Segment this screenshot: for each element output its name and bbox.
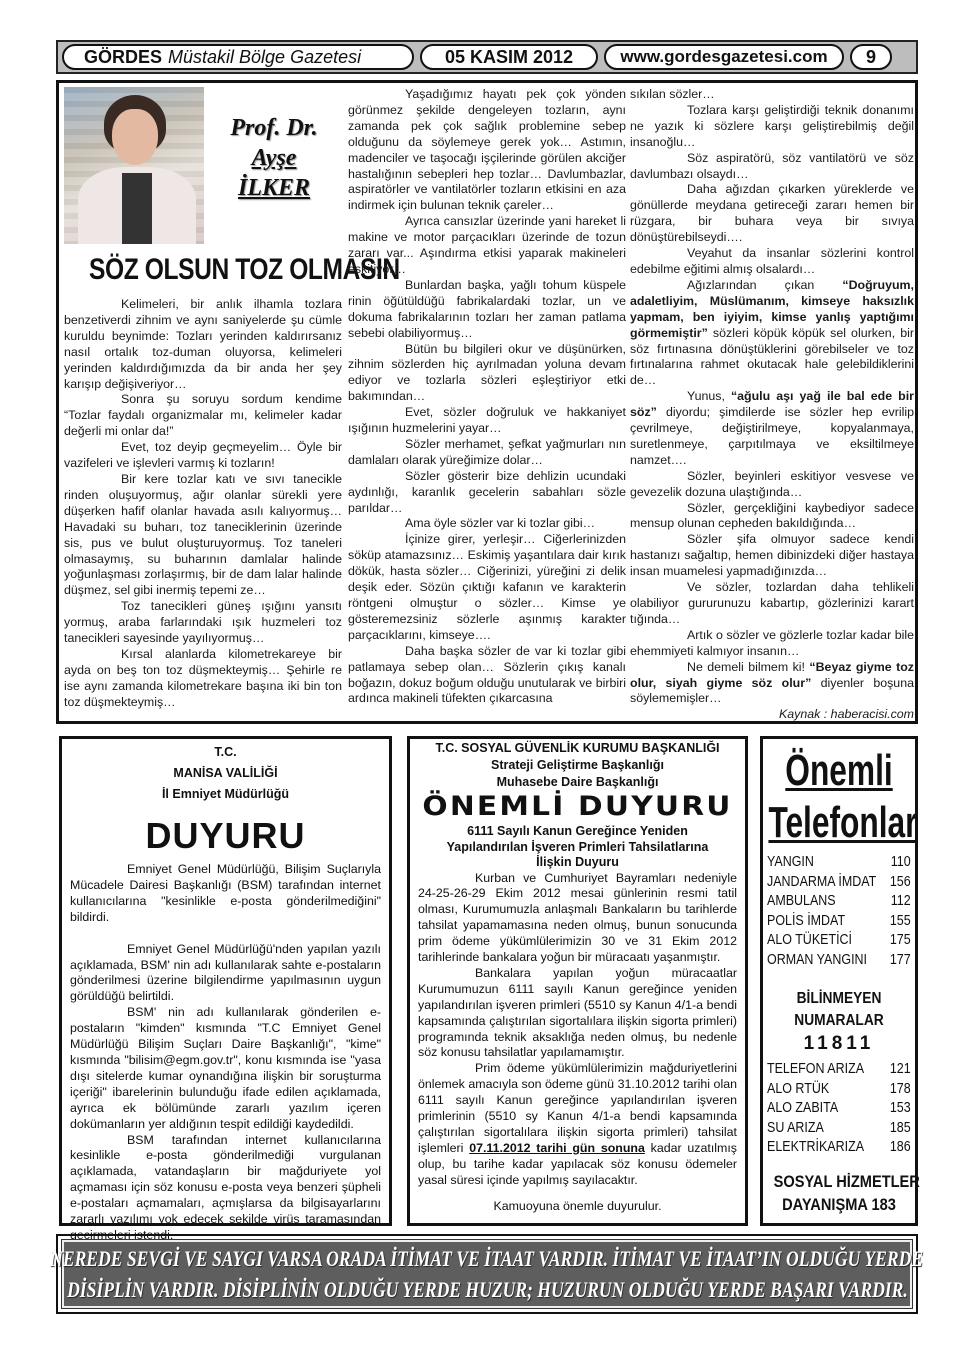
paragraph: Toz tanecikleri güneş ışığını yansıtı yo…	[64, 599, 342, 647]
phone-row: SU ARIZA185	[767, 1119, 911, 1139]
phone-number: 156	[890, 873, 911, 893]
phones-title-1: Önemli	[784, 745, 893, 797]
paragraph: Daha başka sözler de var ki tozlar gibi …	[348, 644, 626, 708]
notice-title: DUYURU	[62, 814, 389, 858]
paragraph: sıkılan sözler…	[630, 87, 914, 103]
phone-row: ALO ZABITA153	[767, 1099, 911, 1119]
notice-title: ÖNEMLİ DUYURU	[393, 792, 762, 822]
paragraph: Sözler merhamet, şefkat yağmurları nın d…	[348, 437, 626, 469]
motto-line-1: NEREDE SEVGİ VE SAYGI VARSA ORADA İTİMAT…	[51, 1243, 924, 1274]
paragraph: Söz aspiratörü, söz vantilatörü ve söz d…	[630, 151, 914, 183]
paragraph: Ama öyle sözler var ki tozlar gibi…	[348, 516, 626, 532]
unknown-numbers-label-1: BİLİNMEYEN	[774, 988, 905, 1010]
notice-header-tc: T.C.	[62, 744, 389, 760]
phone-number: 186	[890, 1138, 911, 1158]
website-link[interactable]: www.gordesgazetesi.com	[604, 44, 844, 70]
phone-row: ELEKTRİKARIZA186	[767, 1138, 911, 1158]
social-services-label: SOSYAL HİZMETLER	[774, 1170, 905, 1193]
notice-body: Kurban ve Cumhuriyet Bayramları nedeniyl…	[410, 871, 745, 1215]
author-last-name: İLKER	[209, 173, 339, 203]
author-title: Prof. Dr.	[230, 115, 317, 141]
article-column-1: Kelimeleri, bir anlık ilhamla tozlara be…	[64, 297, 342, 711]
phone-row: ORMAN YANGINI177	[767, 951, 911, 971]
paragraph: Sözler, beyinleri eskitiyor vesvese ve g…	[630, 469, 914, 501]
notice-header-department: Strateji Geliştirme Başkanlığı	[410, 757, 745, 773]
paragraph: Sonra şu soruyu sordum kendime “Tozlar f…	[64, 392, 342, 440]
text: Ağızlarından çıkan	[687, 278, 842, 292]
motto-line-2: DİSİPLİN VARDIR. DİSİPLİNİN OLDUĞU YERDE…	[67, 1274, 908, 1305]
paragraph: Ayrıca cansızlar üzerinde yani hareket l…	[348, 214, 626, 278]
paragraph: Daha ağızdan çıkarken yüreklerde ve gönü…	[630, 182, 914, 246]
phone-label: POLİS İMDAT	[767, 912, 845, 932]
paragraph: Kırsal alanlarda kilometrekareye bir ayd…	[64, 647, 342, 711]
phone-number: 121	[890, 1060, 911, 1080]
phone-label: ALO ZABITA	[767, 1099, 838, 1119]
paragraph: Bir kere tozlar katı ve sıvı tanecikle r…	[64, 472, 342, 599]
phone-number: 175	[890, 931, 911, 951]
article-column-3: sıkılan sözler… Tozlara karşı geliştirdi…	[630, 87, 914, 723]
text: Yunus,	[687, 389, 731, 403]
paragraph: Ne demeli bilmem ki! “Beyaz giyme toz ol…	[630, 660, 914, 708]
phone-number: 110	[891, 853, 911, 873]
author-first-name: Ayşe	[209, 143, 339, 173]
important-phones-box: Önemli Telefonlar YANGIN110 JANDARMA İMD…	[760, 736, 918, 1226]
phone-number: 112	[891, 892, 911, 912]
author-byline: Prof. Dr. Ayşe İLKER	[209, 113, 339, 203]
phone-label: AMBULANS	[767, 892, 836, 912]
phone-label: TELEFON ARIZA	[767, 1060, 864, 1080]
paragraph: Bütün bu bilgileri okur ve düşünürken, z…	[348, 342, 626, 406]
sgk-notice-box: T.C. SOSYAL GÜVENLİK KURUMU BAŞKANLIĞI S…	[407, 736, 748, 1226]
police-notice-box: T.C. MANİSA VALİLİĞİ İl Emniyet Müdürlüğ…	[59, 736, 392, 1226]
notice-subtitle-1: 6111 Sayılı Kanun Gereğince Yeniden	[410, 824, 745, 840]
paragraph: İçinize girer, yerleşir… Ciğerlerinizden…	[348, 532, 626, 643]
deadline-date: 07.11.2012 tarihi gün sonuna	[469, 1141, 645, 1155]
paragraph: Kelimeleri, bir anlık ilhamla tozlara be…	[64, 297, 342, 392]
notice-subtitle-2: Yapılandırılan İşveren Primleri Tahsilat…	[410, 840, 745, 856]
paragraph: Yaşadığımız hayatı pek çok yönden görünm…	[348, 87, 626, 214]
notice-subtitle-3: İlişkin Duyuru	[410, 855, 745, 871]
paragraph: Yunus, “ağulu aşı yağ ile bal ede bir sö…	[630, 389, 914, 469]
phone-label: JANDARMA İMDAT	[767, 873, 876, 893]
phone-row: JANDARMA İMDAT156	[767, 873, 911, 893]
motto-banner: NEREDE SEVGİ VE SAYGI VARSA ORADA İTİMAT…	[56, 1234, 918, 1314]
unknown-numbers-label-2: NUMARALAR	[774, 1010, 905, 1032]
paragraph: BSM tarafından internet kullanıcılarına …	[70, 1133, 381, 1244]
phone-row: ALO RTÜK178	[767, 1080, 911, 1100]
paragraph: Ağızlarından çıkan “Doğruyum, adaletliyi…	[630, 278, 914, 389]
article-source: Kaynak : haberacisi.com	[630, 707, 914, 723]
phone-label: ELEKTRİKARIZA	[767, 1138, 864, 1158]
phone-number: 153	[890, 1099, 911, 1119]
column-article: Prof. Dr. Ayşe İLKER SÖZ OLSUN TOZ OLMAS…	[56, 80, 918, 724]
phone-number: 178	[890, 1080, 911, 1100]
motto-panel: NEREDE SEVGİ VE SAYGI VARSA ORADA İTİMAT…	[62, 1240, 912, 1308]
phone-row: TELEFON ARIZA121	[767, 1060, 911, 1080]
paragraph: Ve sözler, tozlardan daha tehlikeli olab…	[630, 580, 914, 628]
newspaper-header: GÖRDES Müstakil Bölge Gazetesi 05 KASIM …	[56, 40, 918, 74]
phone-label: ALO TÜKETİCİ	[767, 931, 852, 951]
paragraph: Bankalara yapılan yoğun müracaatlar Kuru…	[418, 966, 737, 1061]
phone-label: SU ARIZA	[767, 1119, 824, 1139]
paragraph: Evet, sözler doğruluk ve hakkaniyet ışığ…	[348, 405, 626, 437]
newspaper-subtitle: Müstakil Bölge Gazetesi	[168, 47, 361, 68]
newspaper-title: GÖRDES Müstakil Bölge Gazetesi	[62, 44, 414, 70]
phone-row: ALO TÜKETİCİ175	[767, 931, 911, 951]
notice-header-division: Muhasebe Daire Başkanlığı	[410, 774, 745, 790]
text: Ne demeli bilmem ki!	[687, 660, 809, 674]
paragraph: Prim ödeme yükümlülerimizin mağduriyetle…	[418, 1061, 737, 1188]
paragraph: Tozlara karşı geliştirdiği teknik donanı…	[630, 103, 914, 151]
phone-label: ORMAN YANGINI	[767, 951, 867, 971]
paragraph: Sözler şifa olmuyor sadece kendi hastanı…	[630, 532, 914, 580]
phone-row: POLİS İMDAT155	[767, 912, 911, 932]
paragraph: Evet, toz deyip geçmeyelim… Öyle bir vaz…	[64, 440, 342, 472]
phone-number: 155	[890, 912, 911, 932]
notice-header-governorship: MANİSA VALİLİĞİ	[62, 765, 389, 781]
phone-row: AMBULANS112	[767, 892, 911, 912]
directory-number: 11811	[763, 1032, 915, 1056]
paragraph: Bunlardan başka, yağlı tohum küspele rin…	[348, 278, 626, 342]
paragraph: Sözler gösterir bize dehlizin ucundaki a…	[348, 469, 626, 517]
notice-header-institution: T.C. SOSYAL GÜVENLİK KURUMU BAŞKANLIĞI	[410, 740, 745, 756]
phone-row: YANGIN110	[767, 853, 911, 873]
service-phone-list: TELEFON ARIZA121 ALO RTÜK178 ALO ZABITA1…	[763, 1060, 915, 1158]
solidarity-number: DAYANIŞMA 183	[774, 1193, 905, 1216]
issue-date: 05 KASIM 2012	[420, 44, 598, 70]
article-column-2: Yaşadığımız hayatı pek çok yönden görünm…	[348, 87, 626, 707]
text: diyordu; şimdilerde ise sözler hep evril…	[630, 405, 914, 467]
phones-title-2: Telefonlar	[768, 797, 909, 849]
paragraph: Emniyet Genel Müdürlüğü, Bilişim Suçları…	[70, 862, 381, 926]
emergency-phone-list: YANGIN110 JANDARMA İMDAT156 AMBULANS112 …	[763, 853, 915, 970]
notice-closing: Kamuoyuna önemle duyurulur.	[418, 1199, 737, 1215]
notice-body: Emniyet Genel Müdürlüğü, Bilişim Suçları…	[62, 862, 389, 1244]
phone-label: ALO RTÜK	[767, 1080, 829, 1100]
phone-label: YANGIN	[767, 853, 814, 873]
paragraph: Sözler, gerçekliğini kaybediyor sadece m…	[630, 501, 914, 533]
paragraph: Artık o sözler ve gözlerle tozlar kadar …	[630, 628, 914, 660]
phone-number: 185	[890, 1119, 911, 1139]
paragraph: Kurban ve Cumhuriyet Bayramları nedeniyl…	[418, 871, 737, 966]
paragraph: Emniyet Genel Müdürlüğü'nden yapılan yaz…	[70, 942, 381, 1006]
phone-number: 177	[890, 951, 911, 971]
paragraph: Veyahut da insanlar sözlerini kontrol ed…	[630, 246, 914, 278]
notice-header-directorate: İl Emniyet Müdürlüğü	[62, 786, 389, 802]
article-headline: SÖZ OLSUN TOZ OLMASIN	[89, 253, 317, 287]
page-number: 9	[850, 44, 892, 70]
newspaper-brand: GÖRDES	[84, 47, 162, 68]
paragraph: BSM' nin adı kullanılarak gönderilen e-p…	[70, 1005, 381, 1132]
author-photo	[64, 87, 204, 244]
